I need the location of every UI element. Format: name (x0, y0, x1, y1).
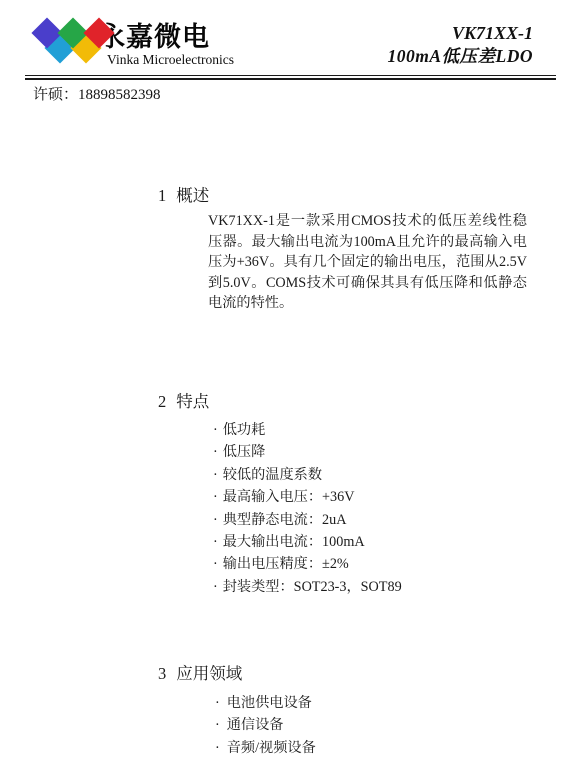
header-divider (25, 75, 556, 80)
overview-paragraph: VK71XX-1是一款采用CMOS技术的低压差线性稳压器。最大输出电流为100m… (208, 211, 527, 314)
list-item-text: 最大输出电流：100mA (223, 534, 365, 550)
bullet-icon: · (215, 717, 220, 733)
list-item: ·电池供电设备 (215, 692, 316, 714)
section-title: 概述 (176, 186, 209, 205)
part-number: VK71XX-1 (388, 23, 534, 43)
company-name-cn: 永嘉微电 (98, 23, 210, 52)
section-title: 应用领域 (176, 664, 242, 683)
list-item-text: 典型静态电流：2uA (223, 512, 347, 528)
list-item-text: 较低的温度系数 (223, 467, 322, 483)
list-item: ·低功耗 (213, 419, 402, 441)
list-item: ·通信设备 (215, 714, 316, 736)
section-heading-applications: 3应用领域 (158, 664, 242, 684)
bullet-icon: · (213, 534, 218, 550)
section-heading-features: 2特点 (158, 392, 209, 412)
list-item: ·典型静态电流：2uA (213, 509, 402, 531)
bullet-icon: · (213, 512, 218, 528)
section-heading-overview: 1概述 (158, 186, 209, 206)
list-item-text: 通信设备 (227, 717, 284, 733)
list-item-text: 输出电压精度：±2% (223, 556, 349, 572)
list-item: ·较低的温度系数 (213, 464, 402, 486)
bullet-icon: · (215, 695, 220, 711)
bullet-icon: · (213, 556, 218, 572)
list-item-text: 低功耗 (223, 422, 266, 438)
applications-list: ·电池供电设备 ·通信设备 ·音频/视频设备 (215, 692, 316, 759)
list-item: ·音频/视频设备 (215, 737, 316, 759)
features-list: ·低功耗 ·低压降 ·较低的温度系数 ·最高输入电压：+36V ·典型静态电流：… (213, 419, 402, 598)
bullet-icon: · (213, 489, 218, 505)
list-item: ·最大输出电流：100mA (213, 531, 402, 553)
section-number: 1 (158, 186, 166, 205)
list-item-text: 封装类型：SOT23-3，SOT89 (223, 579, 402, 595)
list-item-text: 电池供电设备 (227, 695, 312, 711)
list-item-text: 音频/视频设备 (227, 740, 316, 756)
doc-subtitle: 100mA低压差LDO (388, 46, 534, 66)
list-item-text: 低压降 (223, 444, 266, 460)
section-title: 特点 (176, 392, 209, 411)
bullet-icon: · (213, 444, 218, 460)
company-name-en: Vinka Microelectronics (107, 52, 234, 67)
bullet-icon: · (215, 740, 220, 756)
bullet-icon: · (213, 579, 218, 595)
list-item: ·封装类型：SOT23-3，SOT89 (213, 576, 402, 598)
bullet-icon: · (213, 422, 218, 438)
contact-line: 许硕：18898582398 (33, 86, 161, 104)
section-number: 3 (158, 664, 166, 683)
document-title: VK71XX-1 100mA低压差LDO (388, 23, 534, 66)
bullet-icon: · (213, 467, 218, 483)
list-item: ·低压降 (213, 441, 402, 463)
list-item: ·输出电压精度：±2% (213, 553, 402, 575)
list-item: ·最高输入电压：+36V (213, 486, 402, 508)
list-item-text: 最高输入电压：+36V (223, 489, 355, 505)
datasheet-page: 永嘉微电 Vinka Microelectronics VK71XX-1 100… (0, 0, 581, 779)
section-number: 2 (158, 392, 166, 411)
